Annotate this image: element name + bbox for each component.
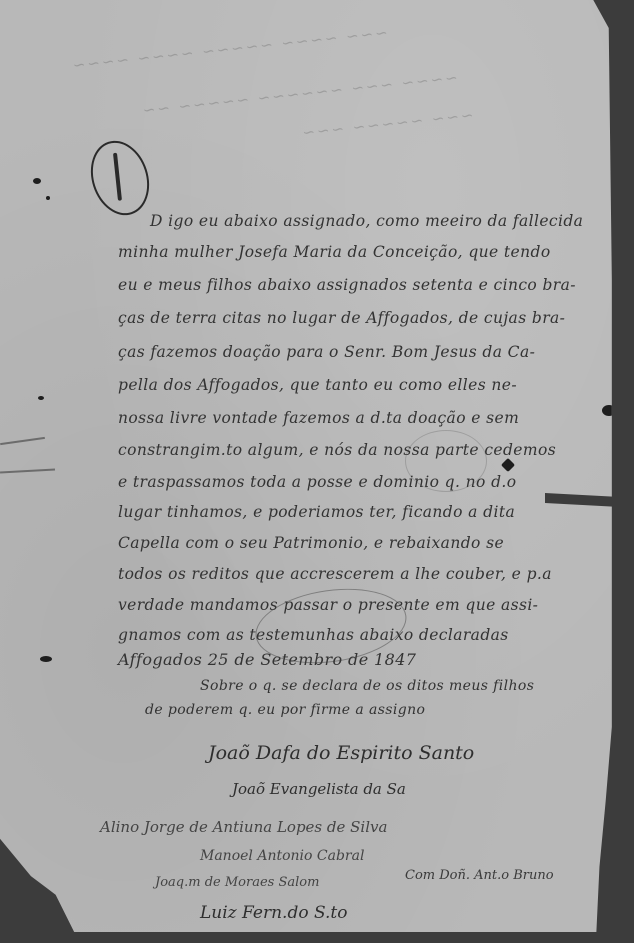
manuscript-page: ~~~ ~~~~ ~~~~~ ~~~~ ~~~~ ~~~~ ~~~ ~~~~~~… [0, 0, 618, 932]
ink-blot [501, 458, 515, 472]
body-line: eu e meus filhos abaixo assignados seten… [118, 276, 576, 294]
body-line: ças fazemos doação para o Senr. Bom Jesu… [118, 343, 535, 361]
paper-crease [0, 437, 45, 445]
paper-crease [0, 469, 55, 473]
signature: Com Doñ. Ant.o Bruno [405, 868, 554, 883]
ink-blot [38, 396, 44, 400]
body-line: todos os reditos que accrescerem a lhe c… [118, 565, 552, 583]
body-line: ças de terra citas no lugar de Affogados… [118, 309, 565, 327]
bleed-through-text: ~~~ ~~~~ ~~~~~ ~~~~ ~~~~ [70, 23, 389, 74]
seal-mark [405, 430, 487, 492]
signature: Manoel Antonio Cabral [200, 848, 364, 864]
body-line: minha mulher Josefa Maria da Conceição, … [118, 243, 551, 261]
signature: Joaõ Evangelista da Sa [232, 780, 406, 798]
body-line: lugar tinhamos, e poderiamos ter, ficand… [118, 503, 515, 521]
ink-blot [40, 656, 52, 662]
body-line: constrangim.to algum, e nós da nossa par… [118, 441, 556, 459]
ink-blot [33, 178, 41, 184]
body-line: pella dos Affogados, que tanto eu como e… [118, 376, 517, 394]
body-line: Capella com o seu Patrimonio, e rebaixan… [118, 534, 504, 552]
body-line: D igo eu abaixo assignado, como meeiro d… [150, 212, 583, 230]
body-line: nossa livre vontade fazemos a d.ta doaçã… [118, 409, 519, 427]
bleed-through-text: ~~~ ~~~~~ ~~~ [300, 106, 475, 142]
signature: Joaq.m de Moraes Salom [155, 875, 319, 890]
note-line: de poderem q. eu por firme a assigno [145, 702, 425, 718]
signature: Joaõ Dafa do Espirito Santo [208, 742, 474, 764]
decorated-initial-d [82, 133, 159, 223]
signature: Alino Jorge de Antiuna Lopes de Silva [100, 818, 387, 836]
note-line: Sobre o q. se declara de os ditos meus f… [200, 678, 534, 694]
signature: Luiz Fern.do S.to [200, 903, 347, 923]
ink-blot [46, 196, 50, 200]
